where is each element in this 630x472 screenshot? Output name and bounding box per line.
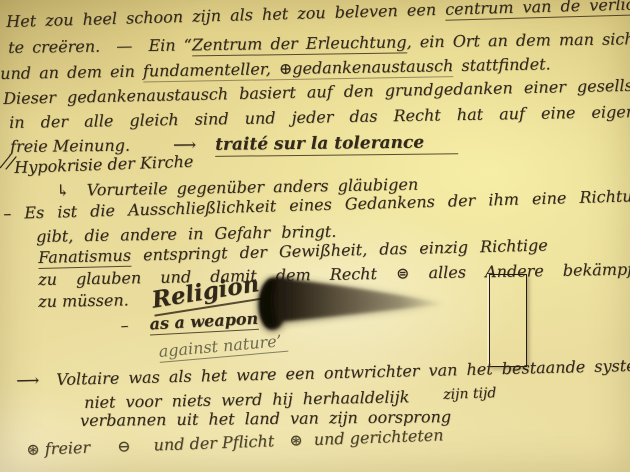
- circled-insert-mark-2: ⊖: [117, 436, 131, 455]
- footnote-text-2: und gerichteten: [313, 425, 443, 449]
- line3-pre: und an dem ein: [0, 62, 143, 83]
- line6-text: freie Meinung.: [10, 136, 130, 156]
- right-arrow-icon: ⟶: [16, 370, 39, 390]
- handwritten-line-6: freie Meinung. ⟶ traité sur la tolerance: [10, 132, 458, 157]
- branch-arrow-icon: ↳: [56, 181, 70, 200]
- forest-photo: [489, 274, 527, 367]
- handwritten-zijn-tijd-insert: zijn tijd: [443, 385, 497, 403]
- handwritten-footnote: ⊛ freier ⊖ und der Pflicht ⊛ und gericht…: [26, 425, 444, 459]
- handwritten-line-1: Het zou heel schoon zijn als het zou bel…: [6, 0, 630, 31]
- handwritten-voltaire-line: ⟶ Voltaire was als het ware een ontwrich…: [16, 354, 630, 390]
- underline-traite-tolerance: traité sur la tolerance: [215, 132, 458, 157]
- line1-text: Het zou heel schoon zijn als het zou bel…: [6, 0, 445, 31]
- circled-insert-mark-1: ⊛ freier: [26, 438, 90, 459]
- line3-post: stattfindet.: [453, 54, 551, 75]
- underline-fanatismus: Fanatismus: [38, 246, 131, 269]
- handwritten-as-a-weapon: – as a weapon: [120, 309, 259, 335]
- line2-pre: te creëren. — Ein “: [8, 35, 192, 57]
- circled-insert-mark-3: ⊛: [289, 430, 303, 449]
- underline-as-a-weapon: as a weapon: [149, 309, 259, 336]
- underline-gedankenaustausch: fundamenteller, ⊕gedankenaustausch: [143, 56, 454, 82]
- charcoal-smudge: [252, 273, 452, 339]
- voltaire-text: Voltaire was als het ware een ontwrichte…: [56, 354, 630, 389]
- handwritten-line-2: te creëren. — Ein “Zentrum der Erleuchtu…: [8, 29, 630, 57]
- line2-post: , ein Ort an dem man sich trifft,: [406, 29, 630, 52]
- footnote-text-1: und der Pflicht: [153, 431, 274, 454]
- underline-centrum-verlichting: centrum van de verlichting: [445, 0, 630, 21]
- underline-zentrum-erleuchtung: Zentrum der Erleuchtung: [192, 32, 407, 56]
- handwritten-line-13: zu müssen.: [38, 290, 129, 311]
- handwritten-line-5: in der alle gleich sind und jeder das Re…: [9, 102, 630, 132]
- handwritten-notes-page: Het zou heel schoon zijn als het zou bel…: [0, 0, 630, 472]
- dash: –: [120, 316, 129, 335]
